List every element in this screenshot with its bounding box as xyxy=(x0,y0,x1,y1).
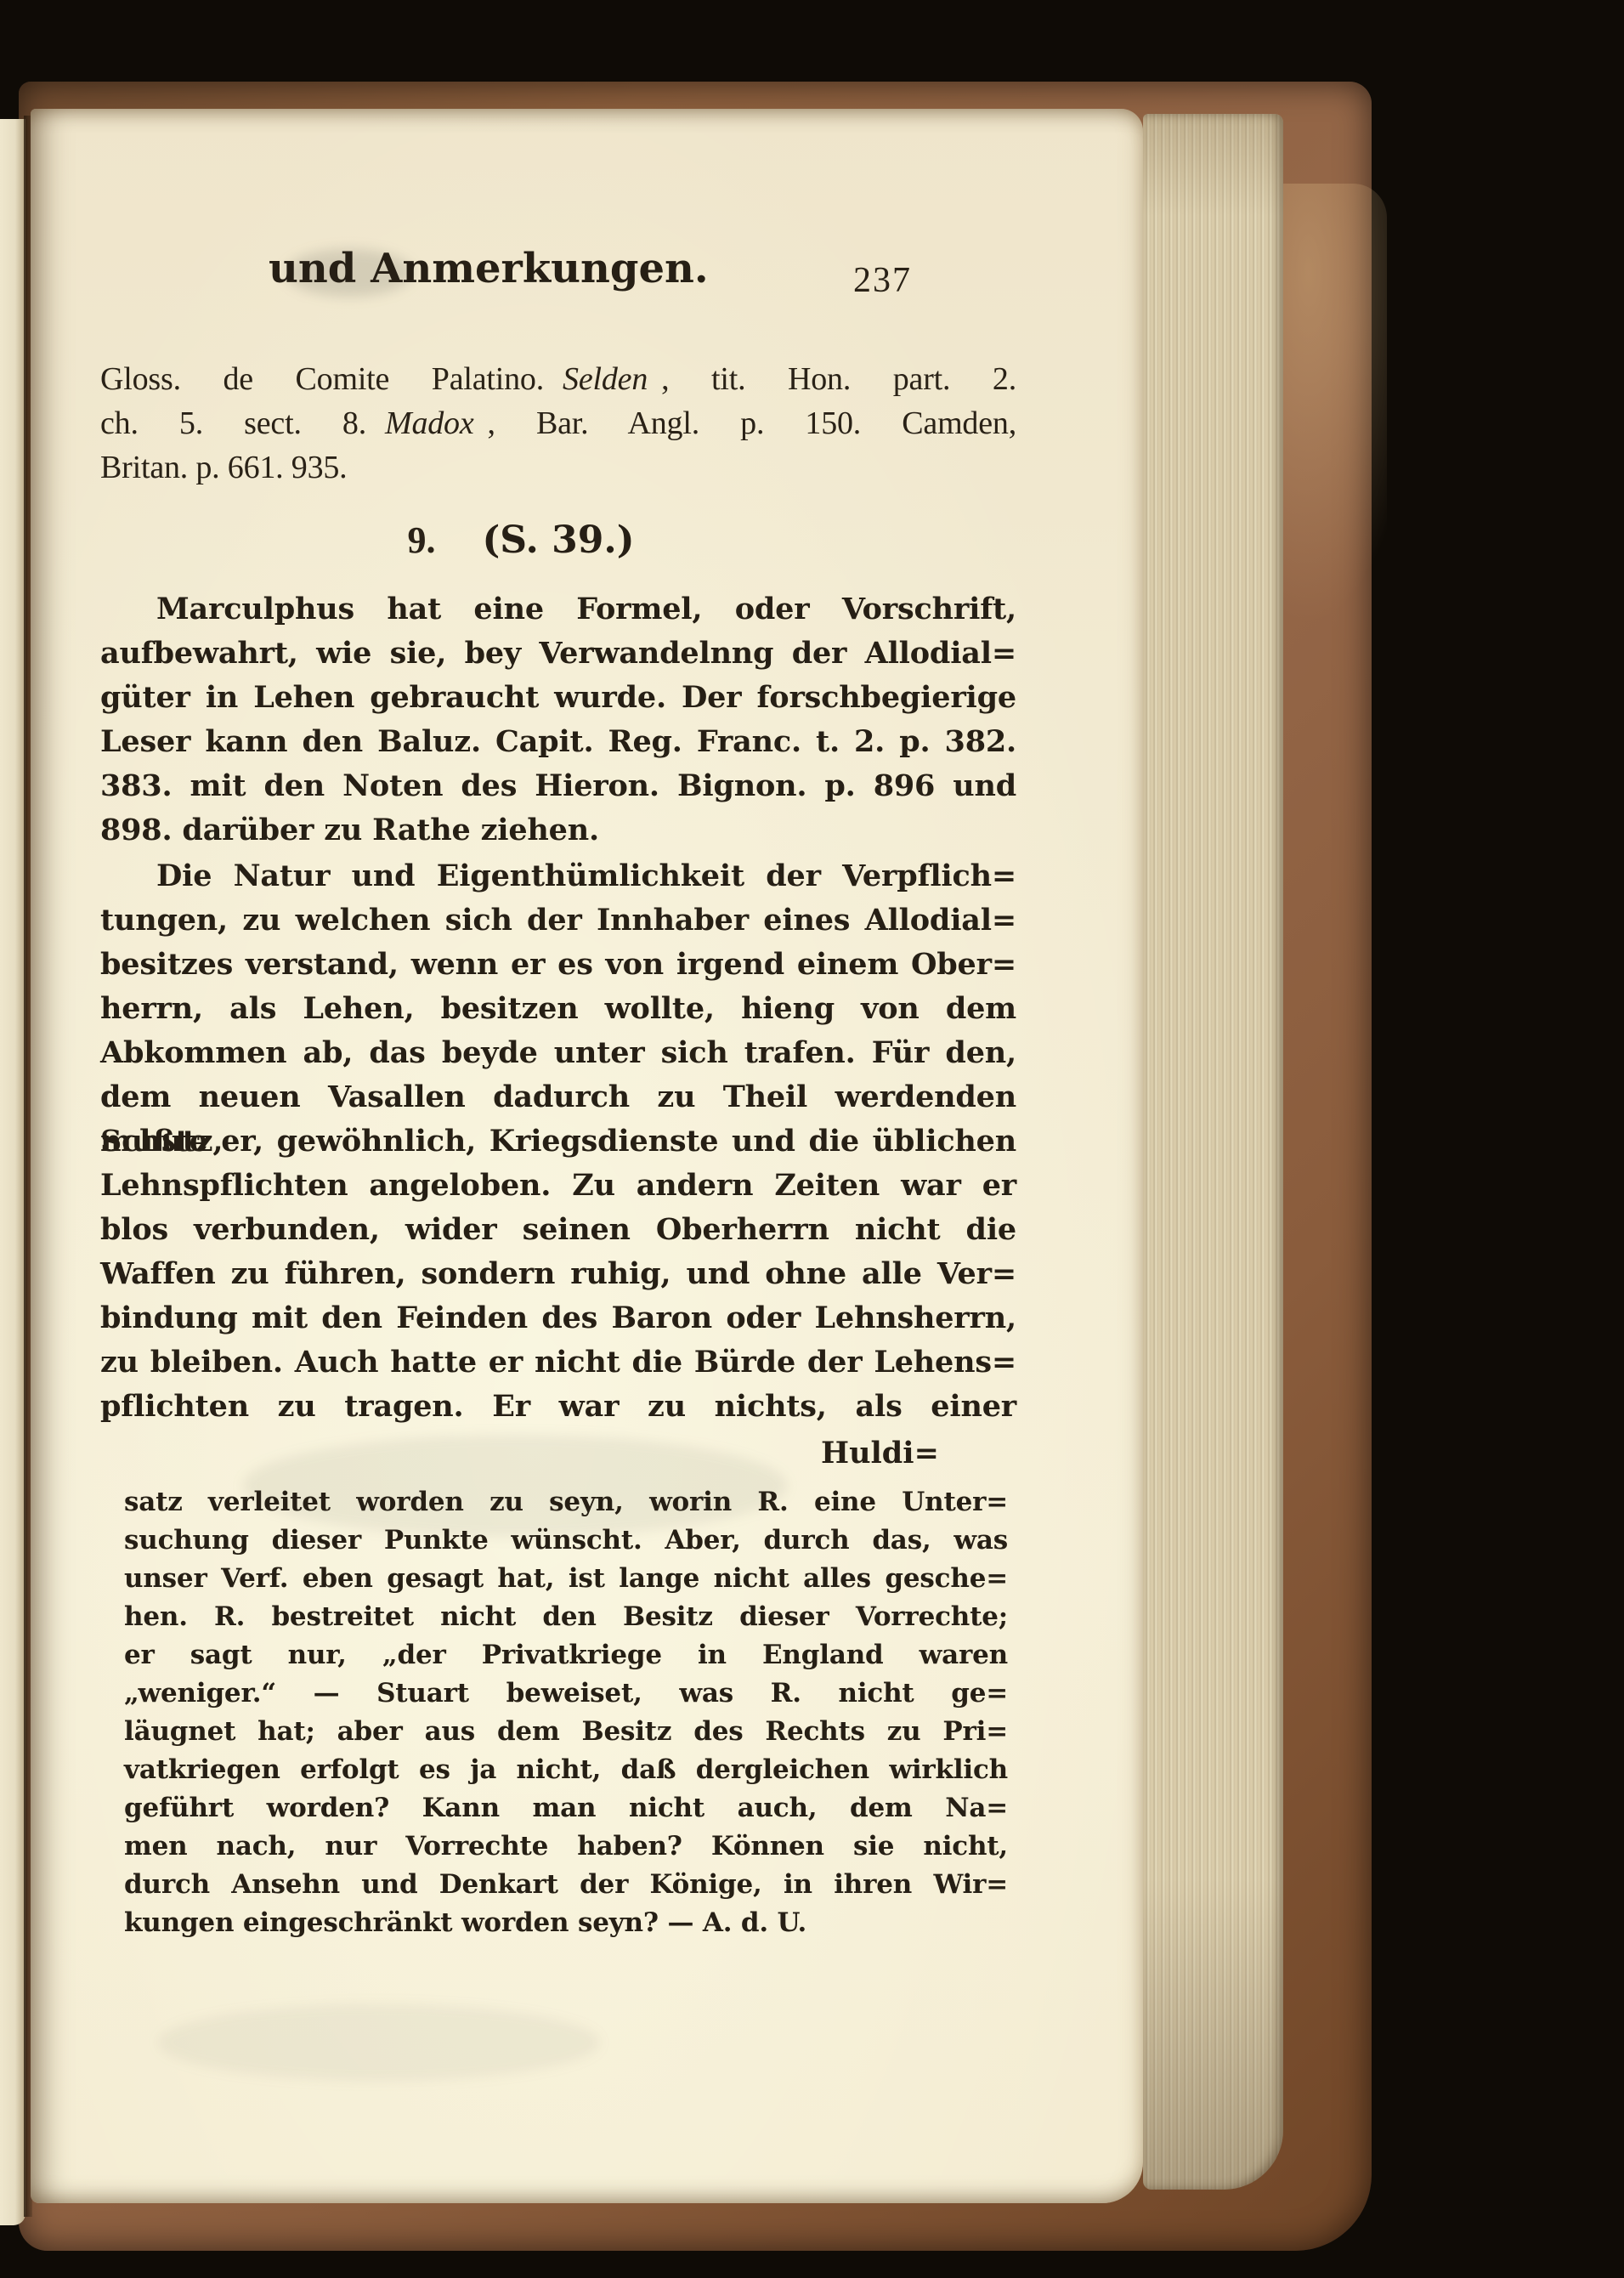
text-line: zu bleiben. Auch hatte er nicht die Bürd… xyxy=(100,1340,1016,1385)
footnote-line: unser Verf. eben gesagt hat, ist lange n… xyxy=(124,1560,1008,1598)
text-line: pflichten zu tragen. Er war zu nichts, a… xyxy=(100,1385,1016,1429)
text-line: güter in Lehen gebraucht wurde. Der fors… xyxy=(100,676,1016,720)
citation-text: , Bar. Angl. p. 150. Camden, xyxy=(488,405,1016,441)
footnote-line: er sagt nur, „der Privatkriege in Englan… xyxy=(124,1636,1008,1674)
section-heading: 9.(S. 39.) xyxy=(100,518,942,562)
text-line: herrn, als Lehen, besitzen wollte, hieng… xyxy=(100,987,1016,1031)
text-line: Die Natur und Eigenthümlichkeit der Verp… xyxy=(100,854,1016,898)
running-title: und Anmerkungen. xyxy=(269,245,709,292)
text-line: 383. mit den Noten des Hieron. Bignon. p… xyxy=(100,764,1016,808)
text-line: dem neuen Vasallen dadurch zu Theil werd… xyxy=(100,1075,1016,1119)
show-through-smudge xyxy=(158,2004,600,2081)
citation-author: Madox xyxy=(385,405,474,441)
footnote-line: hen. R. bestreitet nicht den Besitz dies… xyxy=(124,1598,1008,1636)
text-line: Abkommen ab, das beyde unter sich trafen… xyxy=(100,1031,1016,1075)
footnote-line: „weniger.“ — Stuart beweiset, was R. nic… xyxy=(124,1674,1008,1713)
text-line: blos verbunden, wider seinen Oberherrn n… xyxy=(100,1208,1016,1252)
catchword: Huldi= xyxy=(821,1431,939,1476)
citation-author: Selden xyxy=(563,361,648,397)
citation-line: ch. 5. sect. 8.Madox, Bar. Angl. p. 150.… xyxy=(100,401,1016,445)
text-line: aufbewahrt, wie sie, bey Verwandelnng de… xyxy=(100,632,1016,676)
scanned-book-photo: und Anmerkungen. 237 Gloss. de Comite Pa… xyxy=(0,0,1624,2278)
footnote-line: men nach, nur Vorrechte haben? Können si… xyxy=(124,1827,1008,1866)
citation-block: Gloss. de Comite Palatino.Selden, tit. H… xyxy=(100,357,1016,490)
text-line: Lehnspflichten angeloben. Zu andern Zeit… xyxy=(100,1164,1016,1208)
footnote-line: geführt worden? Kann man nicht auch, dem… xyxy=(124,1789,1008,1827)
citation-line: Gloss. de Comite Palatino.Selden, tit. H… xyxy=(100,357,1016,401)
citation-text: ch. 5. sect. 8. xyxy=(100,405,366,441)
footnote-line: suchung dieser Punkte wünscht. Aber, dur… xyxy=(124,1521,1008,1560)
section-number: 9. xyxy=(407,519,435,561)
footnote-line: läugnet hat; aber aus dem Besitz des Rec… xyxy=(124,1713,1008,1751)
citation-text: Britan. p. 661. 935. xyxy=(100,450,347,485)
citation-text: Gloss. de Comite Palatino. xyxy=(100,361,544,397)
paragraph: Die Natur und Eigenthümlichkeit der Verp… xyxy=(100,854,1016,1429)
text-line: Waffen zu führen, sondern ruhig, und ohn… xyxy=(100,1252,1016,1296)
paragraph: Marculphus hat eine Formel, oder Vorschr… xyxy=(100,587,1016,853)
text-line: tungen, zu welchen sich der Innhaber ein… xyxy=(100,898,1016,943)
footnote-line: satz verleitet worden zu seyn, worin R. … xyxy=(124,1483,1008,1521)
text-line: besitzes verstand, wenn er es von irgend… xyxy=(100,943,1016,987)
citation-line: Britan. p. 661. 935. xyxy=(100,445,1016,490)
text-line: Leser kann den Baluz. Capit. Reg. Franc.… xyxy=(100,720,1016,764)
citation-text: , tit. Hon. part. 2. xyxy=(661,361,1016,397)
text-line: 898. darüber zu Rathe ziehen. xyxy=(100,808,1016,853)
footnote-line: vatkriegen erfolgt es ja nicht, daß derg… xyxy=(124,1751,1008,1789)
footnote-block: satz verleitet worden zu seyn, worin R. … xyxy=(124,1483,1008,1942)
text-line: mußte er, gewöhnlich, Kriegsdienste und … xyxy=(100,1119,1016,1164)
page-number: 237 xyxy=(853,260,912,301)
footnote-line: durch Ansehn und Denkart der Könige, in … xyxy=(124,1866,1008,1904)
book-page: und Anmerkungen. 237 Gloss. de Comite Pa… xyxy=(31,109,1143,2203)
text-line: bindung mit den Feinden des Baron oder L… xyxy=(100,1296,1016,1340)
section-page-ref: (S. 39.) xyxy=(482,518,634,562)
text-line: Marculphus hat eine Formel, oder Vorschr… xyxy=(100,587,1016,632)
facing-page-sliver xyxy=(0,119,25,2225)
page-edge-stack xyxy=(1143,114,1283,2190)
footnote-line: kungen eingeschränkt worden seyn? — A. d… xyxy=(124,1904,1008,1942)
